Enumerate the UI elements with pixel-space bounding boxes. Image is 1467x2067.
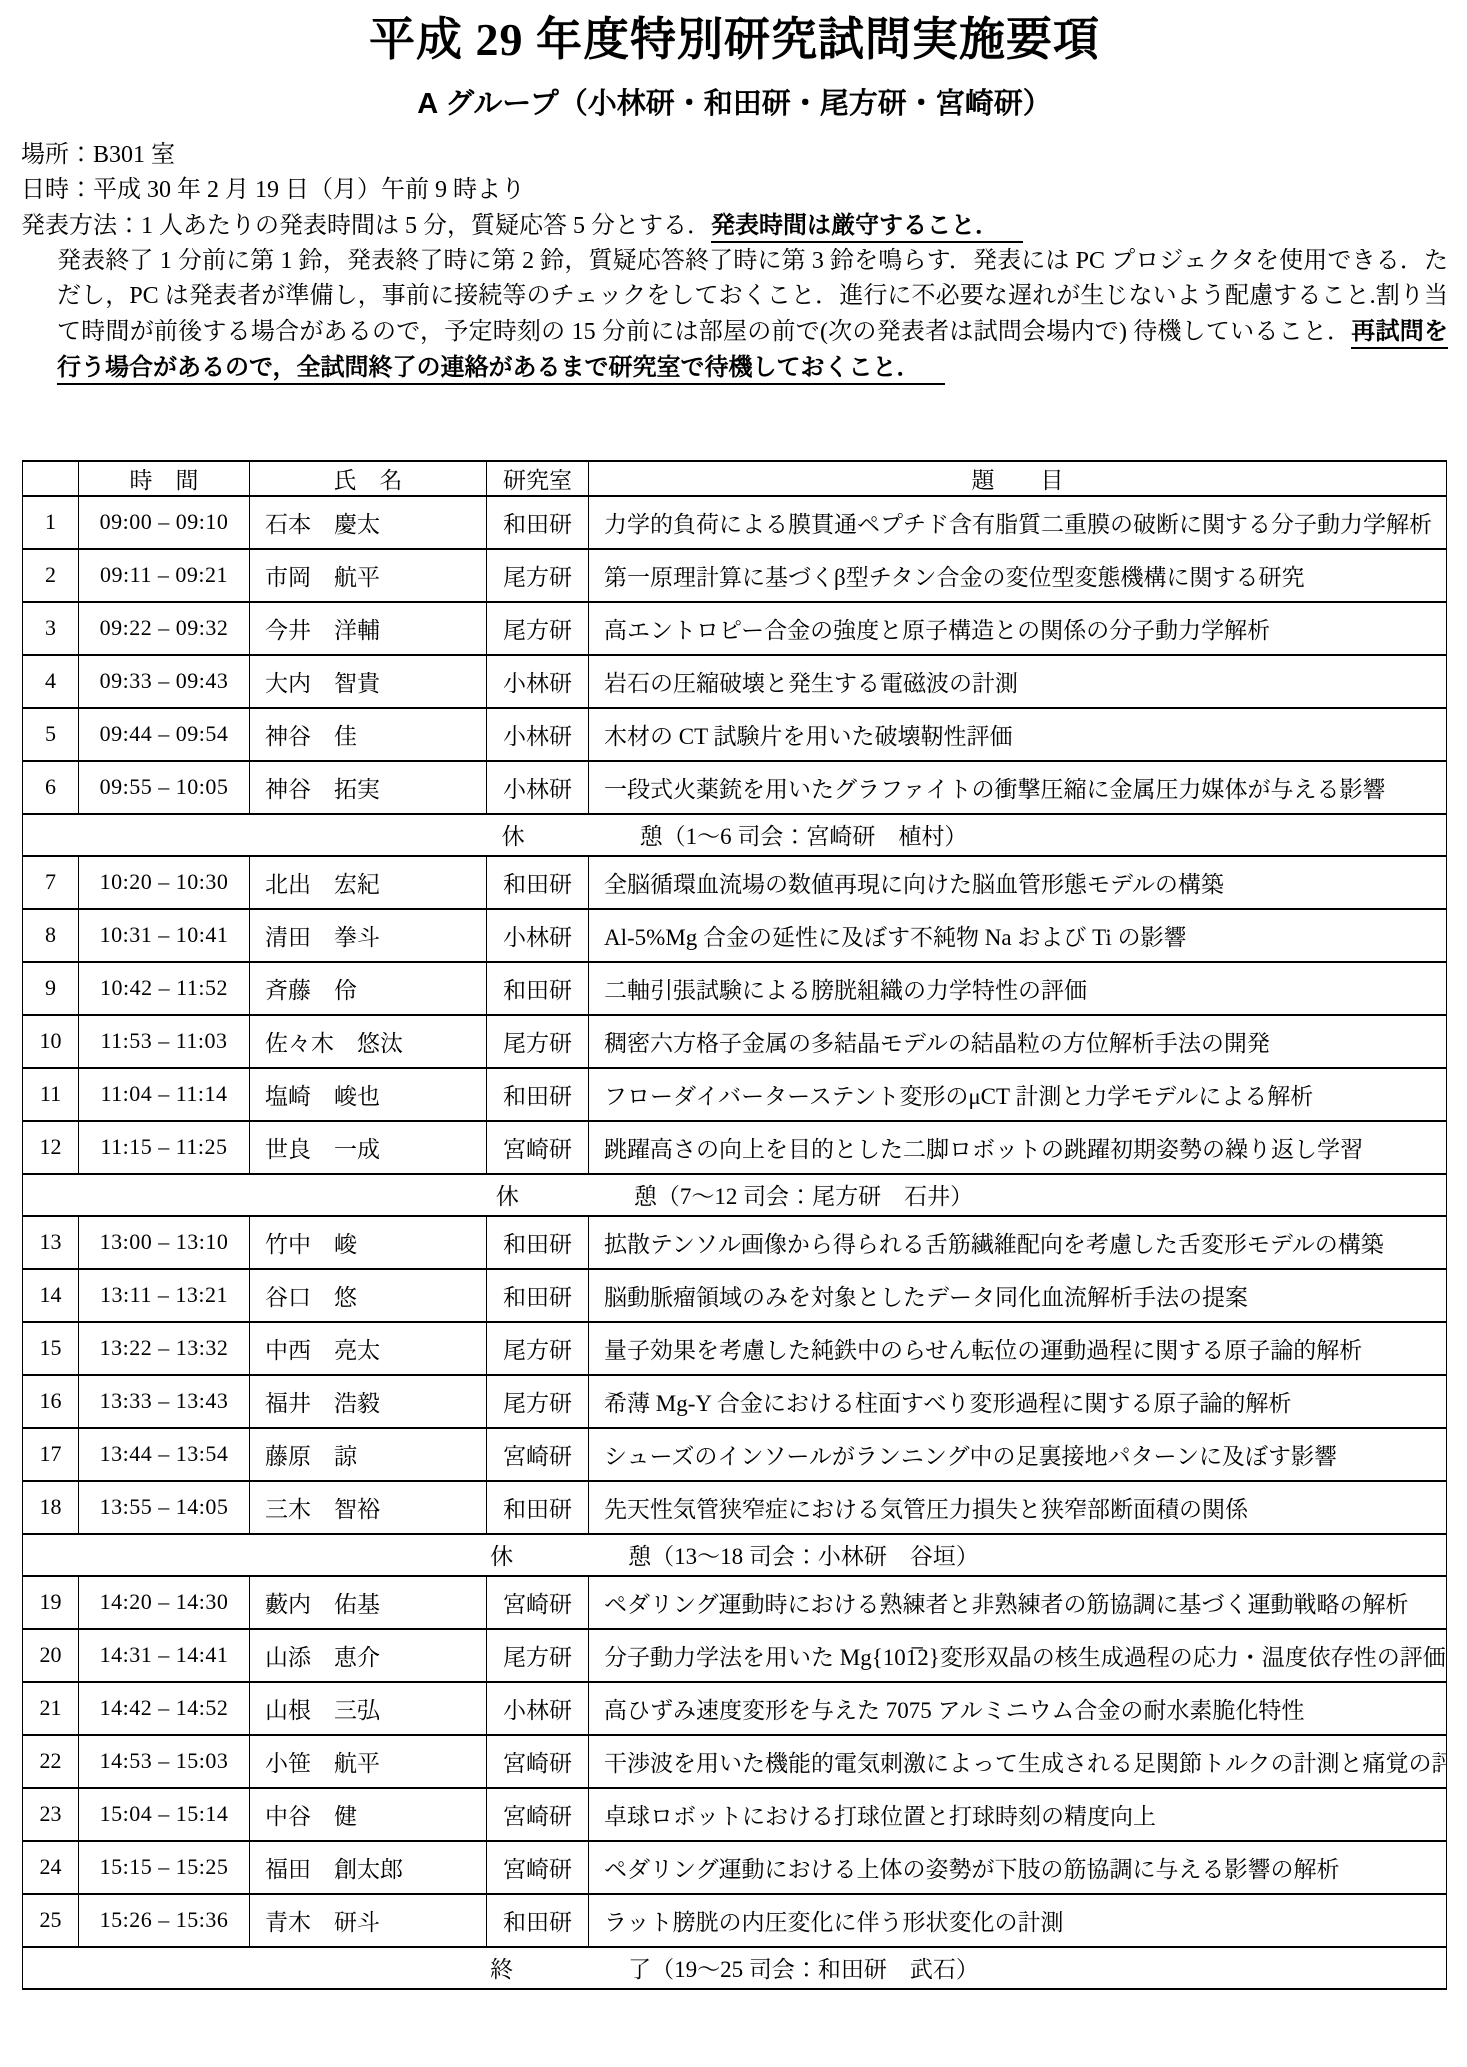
cell-no: 1: [23, 496, 79, 549]
schedule-table-body: 109:00 – 09:10石本 慶太和田研力学的負荷による膜貫通ペプチド含有脂…: [23, 496, 1447, 1989]
cell-lab: 宮崎研: [487, 1735, 589, 1788]
cell-no: 12: [23, 1121, 79, 1174]
cell-name: 山根 三弘: [250, 1682, 487, 1735]
table-row: 2214:53 – 15:03小笹 航平宮崎研干渉波を用いた機能的電気刺激によっ…: [23, 1735, 1447, 1788]
cell-lab: 宮崎研: [487, 1428, 589, 1481]
cell-no: 11: [23, 1068, 79, 1121]
cell-lab: 尾方研: [487, 1015, 589, 1068]
table-row: 2114:42 – 14:52山根 三弘小林研高ひずみ速度変形を与えた 7075…: [23, 1682, 1447, 1735]
cell-title: 拡散テンソル画像から得られる舌筋繊維配向を考慮した舌変形モデルの構築: [589, 1216, 1447, 1269]
page-title: 平成 29 年度特別研究試問実施要項: [21, 14, 1448, 67]
cell-time: 11:53 – 11:03: [79, 1015, 250, 1068]
table-row: 109:00 – 09:10石本 慶太和田研力学的負荷による膜貫通ペプチド含有脂…: [23, 496, 1447, 549]
cell-title: 木材の CT 試験片を用いた破壊靭性評価: [589, 708, 1447, 761]
cell-time: 13:00 – 13:10: [79, 1216, 250, 1269]
cell-no: 9: [23, 962, 79, 1015]
cell-title: 卓球ロボットにおける打球位置と打球時刻の精度向上: [589, 1788, 1447, 1841]
cell-title: ペダリング運動における上体の姿勢が下肢の筋協調に与える影響の解析: [589, 1841, 1447, 1894]
cell-time: 09:44 – 09:54: [79, 708, 250, 761]
table-row: 1313:00 – 13:10竹中 峻和田研拡散テンソル画像から得られる舌筋繊維…: [23, 1216, 1447, 1269]
cell-name: 北出 宏紀: [250, 856, 487, 909]
place-line: 場所：B301 室: [21, 138, 1448, 173]
cell-title: 分子動力学法を用いた Mg{101̅2}変形双晶の核生成過程の応力・温度依存性の…: [589, 1629, 1447, 1682]
cell-name: 佐々木 悠汰: [250, 1015, 487, 1068]
cell-name: 今井 洋輔: [250, 602, 487, 655]
table-row: 1011:53 – 11:03佐々木 悠汰尾方研稠密六方格子金属の多結晶モデルの…: [23, 1015, 1447, 1068]
table-row: 309:22 – 09:32今井 洋輔尾方研高エントロピー合金の強度と原子構造と…: [23, 602, 1447, 655]
cell-title: 先天性気管狭窄症における気管圧力損失と狭窄部断面積の関係: [589, 1481, 1447, 1534]
cell-time: 14:53 – 15:03: [79, 1735, 250, 1788]
cell-no: 14: [23, 1269, 79, 1322]
cell-name: 山添 恵介: [250, 1629, 487, 1682]
cell-time: 09:11 – 09:21: [79, 549, 250, 602]
cell-time: 09:55 – 10:05: [79, 761, 250, 814]
cell-title: 力学的負荷による膜貫通ペプチド含有脂質二重膜の破断に関する分子動力学解析: [589, 496, 1447, 549]
table-row: 1413:11 – 13:21谷口 悠和田研脳動脈瘤領域のみを対象としたデータ同…: [23, 1269, 1447, 1322]
cell-time: 15:26 – 15:36: [79, 1894, 250, 1947]
cell-no: 22: [23, 1735, 79, 1788]
cell-title: 二軸引張試験による膀胱組織の力学特性の評価: [589, 962, 1447, 1015]
cell-lab: 和田研: [487, 856, 589, 909]
cell-title: 干渉波を用いた機能的電気刺激によって生成される足関節トルクの計測と痛覚の評価: [589, 1735, 1447, 1788]
table-break-row: 休 憩（1～6 司会：宮崎研 植村）: [23, 814, 1447, 856]
cell-lab: 宮崎研: [487, 1841, 589, 1894]
cell-name: 石本 慶太: [250, 496, 487, 549]
table-break-row: 終 了（19～25 司会：和田研 武石）: [23, 1947, 1447, 1989]
cell-name: 福田 創太郎: [250, 1841, 487, 1894]
cell-no: 15: [23, 1322, 79, 1375]
cell-no: 2: [23, 549, 79, 602]
notes-text: 発表終了 1 分前に第 1 鈴，発表終了時に第 2 鈴，質疑応答終了時に第 3 …: [57, 248, 1448, 345]
cell-title: 希薄 Mg-Y 合金における柱面すべり変形過程に関する原子論的解析: [589, 1375, 1447, 1428]
cell-time: 13:55 – 14:05: [79, 1481, 250, 1534]
cell-no: 13: [23, 1216, 79, 1269]
cell-no: 7: [23, 856, 79, 909]
cell-time: 14:20 – 14:30: [79, 1576, 250, 1629]
cell-time: 11:04 – 11:14: [79, 1068, 250, 1121]
cell-lab: 和田研: [487, 1269, 589, 1322]
cell-name: 竹中 峻: [250, 1216, 487, 1269]
table-break-row: 休 憩（7～12 司会：尾方研 石井）: [23, 1174, 1447, 1216]
schedule-table: 時 間 氏 名 研究室 題 目 109:00 – 09:10石本 慶太和田研力学…: [22, 460, 1447, 1990]
cell-no: 17: [23, 1428, 79, 1481]
cell-lab: 和田研: [487, 1068, 589, 1121]
table-break-row: 休 憩（13～18 司会：小林研 谷垣）: [23, 1534, 1447, 1576]
cell-no: 5: [23, 708, 79, 761]
cell-lab: 小林研: [487, 708, 589, 761]
cell-time: 09:22 – 09:32: [79, 602, 250, 655]
cell-time: 11:15 – 11:25: [79, 1121, 250, 1174]
cell-time: 10:20 – 10:30: [79, 856, 250, 909]
cell-no: 6: [23, 761, 79, 814]
table-row: 209:11 – 09:21市岡 航平尾方研第一原理計算に基づくβ型チタン合金の…: [23, 549, 1447, 602]
table-row: 1613:33 – 13:43福井 浩毅尾方研希薄 Mg-Y 合金における柱面す…: [23, 1375, 1447, 1428]
table-row: 1914:20 – 14:30藪内 佑基宮崎研ペダリング運動時における熟練者と非…: [23, 1576, 1447, 1629]
table-row: 1713:44 – 13:54藤原 諒宮崎研シューズのインソールがランニング中の…: [23, 1428, 1447, 1481]
cell-lab: 宮崎研: [487, 1788, 589, 1841]
method-emphasis: 発表時間は厳守すること．: [711, 212, 1023, 243]
cell-time: 13:33 – 13:43: [79, 1375, 250, 1428]
table-row: 509:44 – 09:54神谷 佳小林研木材の CT 試験片を用いた破壊靭性評…: [23, 708, 1447, 761]
table-row: 2014:31 – 14:41山添 恵介尾方研分子動力学法を用いた Mg{101…: [23, 1629, 1447, 1682]
cell-name: 塩崎 峻也: [250, 1068, 487, 1121]
header-time: 時 間: [79, 461, 250, 496]
cell-title: 高ひずみ速度変形を与えた 7075 アルミニウム合金の耐水素脆化特性: [589, 1682, 1447, 1735]
cell-lab: 和田研: [487, 1894, 589, 1947]
cell-name: 市岡 航平: [250, 549, 487, 602]
cell-lab: 和田研: [487, 1481, 589, 1534]
cell-lab: 和田研: [487, 962, 589, 1015]
break-cell: 休 憩（7～12 司会：尾方研 石井）: [23, 1174, 1447, 1216]
cell-time: 13:44 – 13:54: [79, 1428, 250, 1481]
table-row: 2515:26 – 15:36青木 研斗和田研ラット膀胱の内圧変化に伴う形状変化…: [23, 1894, 1447, 1947]
table-row: 910:42 – 11:52斉藤 伶和田研二軸引張試験による膀胱組織の力学特性の…: [23, 962, 1447, 1015]
cell-time: 14:31 – 14:41: [79, 1629, 250, 1682]
table-row: 1813:55 – 14:05三木 智裕和田研先天性気管狭窄症における気管圧力損…: [23, 1481, 1447, 1534]
cell-title: 高エントロピー合金の強度と原子構造との関係の分子動力学解析: [589, 602, 1447, 655]
cell-name: 清田 拳斗: [250, 909, 487, 962]
cell-lab: 宮崎研: [487, 1576, 589, 1629]
cell-lab: 小林研: [487, 655, 589, 708]
cell-time: 10:31 – 10:41: [79, 909, 250, 962]
table-header-row: 時 間 氏 名 研究室 題 目: [23, 461, 1447, 496]
cell-name: 神谷 佳: [250, 708, 487, 761]
cell-lab: 尾方研: [487, 1322, 589, 1375]
cell-name: 斉藤 伶: [250, 962, 487, 1015]
cell-no: 19: [23, 1576, 79, 1629]
table-row: 1211:15 – 11:25世良 一成宮崎研跳躍高さの向上を目的とした二脚ロボ…: [23, 1121, 1447, 1174]
break-cell: 終 了（19～25 司会：和田研 武石）: [23, 1947, 1447, 1989]
cell-time: 15:04 – 15:14: [79, 1788, 250, 1841]
cell-title: 岩石の圧縮破壊と発生する電磁波の計測: [589, 655, 1447, 708]
datetime-line: 日時：平成 30 年 2 月 19 日（月）午前 9 時より: [21, 173, 1448, 208]
cell-time: 13:22 – 13:32: [79, 1322, 250, 1375]
cell-lab: 尾方研: [487, 549, 589, 602]
cell-no: 18: [23, 1481, 79, 1534]
cell-lab: 小林研: [487, 909, 589, 962]
cell-title: Al-5%Mg 合金の延性に及ぼす不純物 Na および Ti の影響: [589, 909, 1447, 962]
cell-title: 量子効果を考慮した純鉄中のらせん転位の運動過程に関する原子論的解析: [589, 1322, 1447, 1375]
table-row: 609:55 – 10:05神谷 拓実小林研一段式火薬銃を用いたグラファイトの衝…: [23, 761, 1447, 814]
cell-no: 21: [23, 1682, 79, 1735]
cell-time: 13:11 – 13:21: [79, 1269, 250, 1322]
table-row: 1513:22 – 13:32中西 亮太尾方研量子効果を考慮した純鉄中のらせん転…: [23, 1322, 1447, 1375]
cell-no: 3: [23, 602, 79, 655]
cell-time: 14:42 – 14:52: [79, 1682, 250, 1735]
cell-no: 23: [23, 1788, 79, 1841]
cell-name: 福井 浩毅: [250, 1375, 487, 1428]
cell-lab: 尾方研: [487, 602, 589, 655]
cell-lab: 小林研: [487, 1682, 589, 1735]
cell-name: 三木 智裕: [250, 1481, 487, 1534]
cell-no: 8: [23, 909, 79, 962]
table-row: 409:33 – 09:43大内 智貴小林研岩石の圧縮破壊と発生する電磁波の計測: [23, 655, 1447, 708]
cell-no: 20: [23, 1629, 79, 1682]
cell-title: 全脳循環血流場の数値再現に向けた脳血管形態モデルの構築: [589, 856, 1447, 909]
cell-lab: 小林研: [487, 761, 589, 814]
cell-no: 25: [23, 1894, 79, 1947]
cell-lab: 尾方研: [487, 1375, 589, 1428]
table-row: 2415:15 – 15:25福田 創太郎宮崎研ペダリング運動における上体の姿勢…: [23, 1841, 1447, 1894]
cell-title: シューズのインソールがランニング中の足裏接地パターンに及ぼす影響: [589, 1428, 1447, 1481]
cell-name: 藪内 佑基: [250, 1576, 487, 1629]
header-no: [23, 461, 79, 496]
cell-title: 跳躍高さの向上を目的とした二脚ロボットの跳躍初期姿勢の繰り返し学習: [589, 1121, 1447, 1174]
cell-name: 中西 亮太: [250, 1322, 487, 1375]
table-row: 1111:04 – 11:14塩崎 峻也和田研フローダイバーターステント変形のμ…: [23, 1068, 1447, 1121]
cell-name: 小笹 航平: [250, 1735, 487, 1788]
cell-title: 第一原理計算に基づくβ型チタン合金の変位型変態機構に関する研究: [589, 549, 1447, 602]
header-lab: 研究室: [487, 461, 589, 496]
document-page: 平成 29 年度特別研究試問実施要項 A グループ（小林研・和田研・尾方研・宮崎…: [0, 0, 1467, 1990]
cell-lab: 尾方研: [487, 1629, 589, 1682]
cell-time: 15:15 – 15:25: [79, 1841, 250, 1894]
table-row: 810:31 – 10:41清田 拳斗小林研Al-5%Mg 合金の延性に及ぼす不…: [23, 909, 1447, 962]
cell-time: 09:00 – 09:10: [79, 496, 250, 549]
cell-name: 谷口 悠: [250, 1269, 487, 1322]
cell-time: 10:42 – 11:52: [79, 962, 250, 1015]
cell-title: ペダリング運動時における熟練者と非熟練者の筋協調に基づく運動戦略の解析: [589, 1576, 1447, 1629]
cell-name: 大内 智貴: [250, 655, 487, 708]
break-cell: 休 憩（1～6 司会：宮崎研 植村）: [23, 814, 1447, 856]
cell-no: 24: [23, 1841, 79, 1894]
cell-name: 神谷 拓実: [250, 761, 487, 814]
cell-title: 一段式火薬銃を用いたグラファイトの衝撃圧縮に金属圧力媒体が与える影響: [589, 761, 1447, 814]
break-cell: 休 憩（13～18 司会：小林研 谷垣）: [23, 1534, 1447, 1576]
cell-lab: 和田研: [487, 1216, 589, 1269]
cell-no: 16: [23, 1375, 79, 1428]
table-row: 710:20 – 10:30北出 宏紀和田研全脳循環血流場の数値再現に向けた脳血…: [23, 856, 1447, 909]
header-name: 氏 名: [250, 461, 487, 496]
header-title: 題 目: [589, 461, 1447, 496]
group-subtitle: A グループ（小林研・和田研・尾方研・宮崎研）: [21, 87, 1448, 122]
cell-lab: 和田研: [487, 496, 589, 549]
table-row: 2315:04 – 15:14中谷 健宮崎研卓球ロボットにおける打球位置と打球時…: [23, 1788, 1447, 1841]
cell-name: 中谷 健: [250, 1788, 487, 1841]
cell-title: 稠密六方格子金属の多結晶モデルの結晶粒の方位解析手法の開発: [589, 1015, 1447, 1068]
cell-no: 10: [23, 1015, 79, 1068]
cell-title: フローダイバーターステント変形のμCT 計測と力学モデルによる解析: [589, 1068, 1447, 1121]
cell-title: 脳動脈瘤領域のみを対象としたデータ同化血流解析手法の提案: [589, 1269, 1447, 1322]
notes-paragraph: 発表終了 1 分前に第 1 鈴，発表終了時に第 2 鈴，質疑応答終了時に第 3 …: [57, 244, 1448, 386]
cell-time: 09:33 – 09:43: [79, 655, 250, 708]
method-text: 発表方法：1 人あたりの発表時間は 5 分，質疑応答 5 分とする．: [21, 213, 711, 239]
cell-name: 世良 一成: [250, 1121, 487, 1174]
method-line: 発表方法：1 人あたりの発表時間は 5 分，質疑応答 5 分とする．発表時間は厳…: [21, 208, 1448, 244]
cell-lab: 宮崎研: [487, 1121, 589, 1174]
cell-title: ラット膀胱の内圧変化に伴う形状変化の計測: [589, 1894, 1447, 1947]
cell-no: 4: [23, 655, 79, 708]
cell-name: 青木 研斗: [250, 1894, 487, 1947]
cell-name: 藤原 諒: [250, 1428, 487, 1481]
